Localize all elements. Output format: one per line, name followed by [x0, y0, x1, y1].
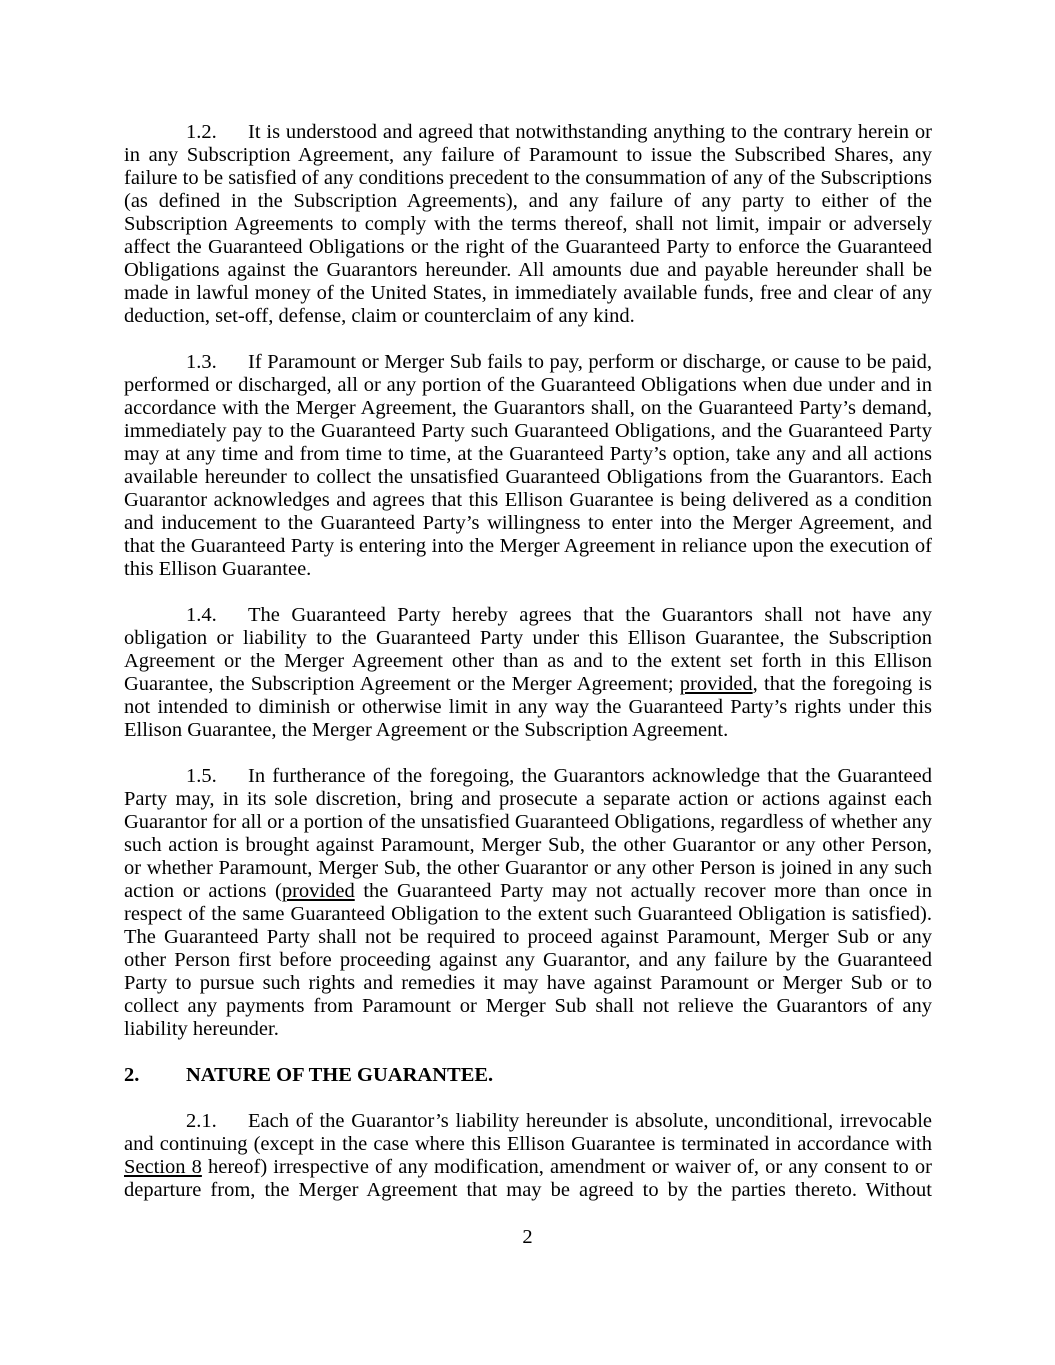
- paragraph-number: 1.3.: [186, 351, 248, 374]
- paragraph-1-4: 1.4.The Guaranteed Party hereby agrees t…: [124, 604, 932, 742]
- section-heading-title: NATURE OF THE GUARANTEE.: [186, 1064, 493, 1086]
- document-page: 1.2.It is understood and agreed that not…: [0, 0, 1055, 1365]
- paragraph-number: 2.1.: [186, 1110, 248, 1133]
- section-heading-2: 2.NATURE OF THE GUARANTEE.: [124, 1064, 932, 1087]
- paragraph-2-1: 2.1.Each of the Guarantor’s liability he…: [124, 1110, 932, 1202]
- paragraph-text: In furtherance of the foregoing, the Gua…: [124, 765, 932, 1040]
- paragraph-1-2: 1.2.It is understood and agreed that not…: [124, 121, 932, 328]
- paragraph-1-5: 1.5.In furtherance of the foregoing, the…: [124, 765, 932, 1041]
- paragraph-text: If Paramount or Merger Sub fails to pay,…: [124, 351, 932, 580]
- page-number: 2: [522, 1226, 532, 1248]
- page-footer: 2: [0, 1226, 1055, 1249]
- document-body: 1.2.It is understood and agreed that not…: [124, 121, 932, 1202]
- paragraph-number: 1.5.: [186, 765, 248, 788]
- section-heading-number: 2.: [124, 1064, 186, 1087]
- paragraph-number: 1.2.: [186, 121, 248, 144]
- paragraph-1-3: 1.3.If Paramount or Merger Sub fails to …: [124, 351, 932, 581]
- paragraph-text: It is understood and agreed that notwith…: [124, 121, 932, 327]
- paragraph-number: 1.4.: [186, 604, 248, 627]
